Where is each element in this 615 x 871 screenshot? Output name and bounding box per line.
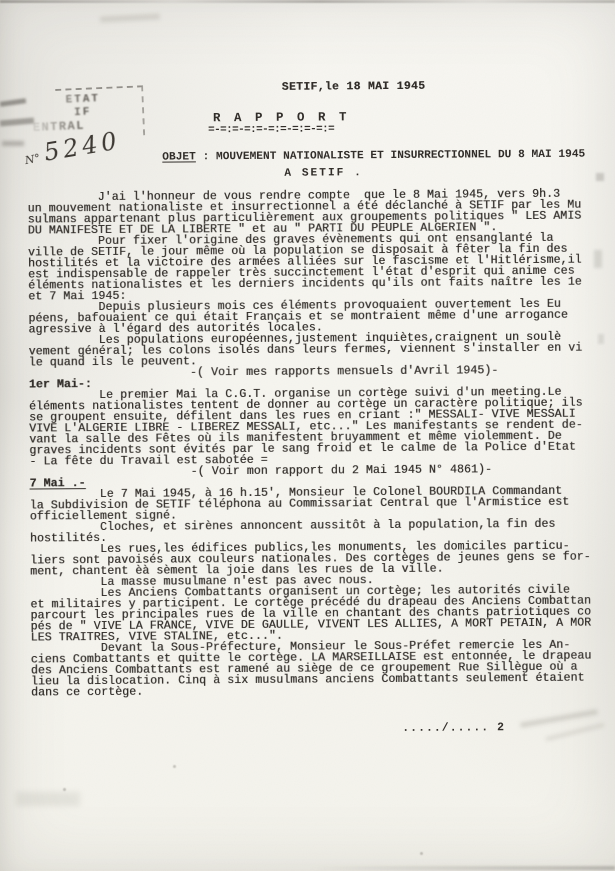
report-paragraph-2: Pour fixer l'origine des graves évènemen… xyxy=(28,232,614,302)
subject-line: OBJET : MOUVEMENT NATIONALISTE ET INSURR… xyxy=(162,149,585,164)
report-body: J'ai l'honneur de vous rendre compte que… xyxy=(28,188,615,698)
document-content: ÉTAT IF ENTRAL N° 5240 SETIF,le 18 MAI 1… xyxy=(0,0,615,871)
subject-label: OBJET xyxy=(162,151,196,163)
page-continuation-mark: ...../..... 2 xyxy=(402,721,505,735)
police-ink-stamp: ÉTAT IF ENTRAL N° 5240 xyxy=(21,82,185,189)
scanned-document-page: ÉTAT IF ENTRAL N° 5240 SETIF,le 18 MAI 1… xyxy=(0,0,615,871)
report-paragraph-3: Depuis plusieurs mois ces éléments provo… xyxy=(28,298,614,335)
report-paragraph-5: Le premier Mai la C.G.T. organise un cor… xyxy=(29,386,615,467)
stamp-number-prefix: N° xyxy=(24,152,41,167)
report-title-underline: =-=:=-=:=-=:=-=:=-=:= xyxy=(208,123,334,136)
report-paragraph-6: Le 7 Mai 1945, à 16 h.15', Monsieur le C… xyxy=(30,485,615,522)
subject-text: : MOUVEMENT NATIONALISTE ET INSURRECTION… xyxy=(196,149,585,164)
report-paragraph-10: Les Anciens Combattants organisent un co… xyxy=(30,584,615,643)
report-paragraph-4: Les populations européennes,justement in… xyxy=(29,331,615,368)
report-paragraph-11: Devant la Sous-Préfecture, Monsieur le S… xyxy=(31,639,615,698)
report-paragraph-8: Les rues,les édifices publics,les monume… xyxy=(30,540,615,577)
stamp-text: ÉTAT IF ENTRAL xyxy=(21,90,173,135)
subject-location: A SETIF . xyxy=(284,167,363,180)
document-date: SETIF,le 18 MAI 1945 xyxy=(282,82,426,94)
report-paragraph-1: J'ai l'honneur de vous rendre compte que… xyxy=(28,188,614,236)
